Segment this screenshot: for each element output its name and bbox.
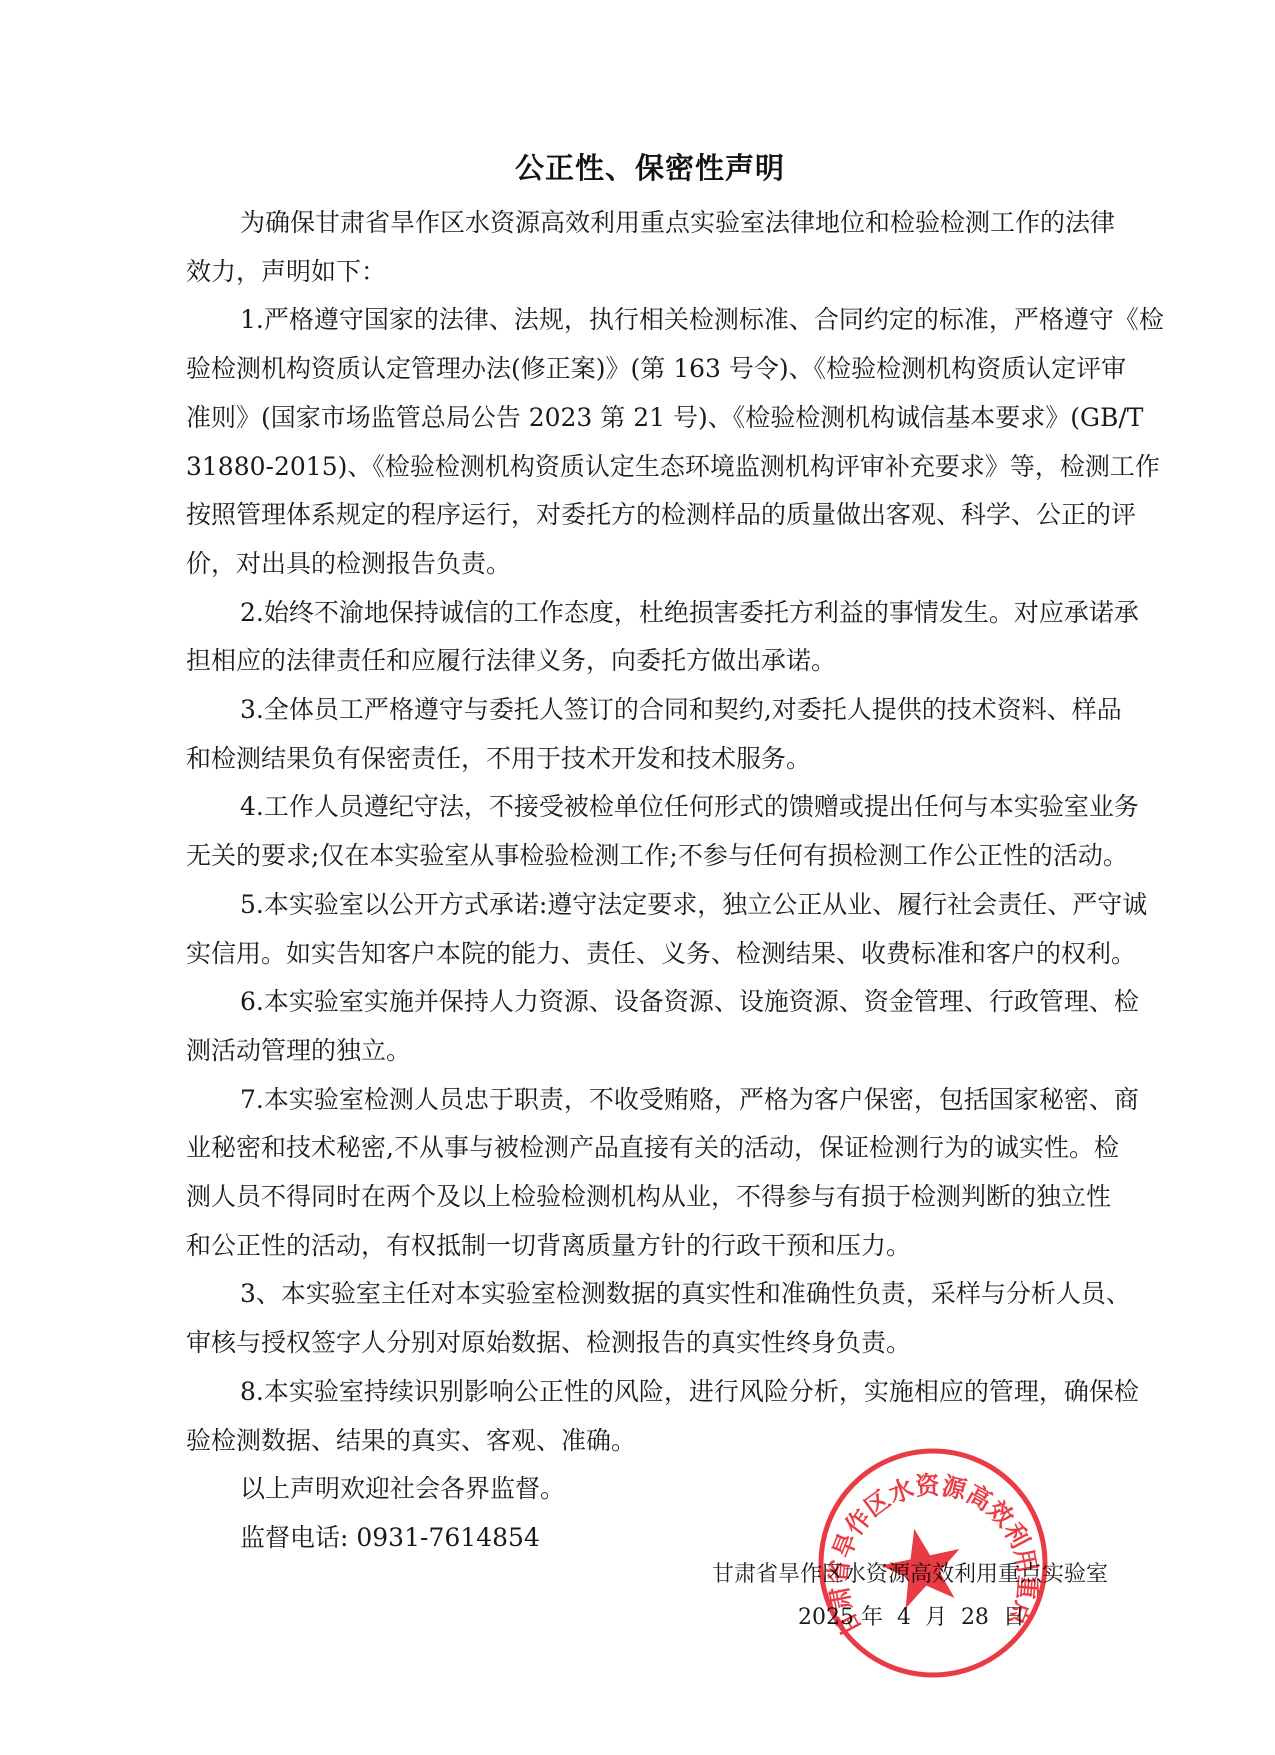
- star-icon: [875, 1521, 969, 1612]
- document-page: 公正性、保密性声明 为确保甘肃省旱作区水资源高效利用重点实验室法律地位和检验检测…: [0, 0, 1275, 1755]
- official-seal-stamp: 甘肃省旱作区水资源高效利用重点实验室: [815, 1445, 1051, 1681]
- statement-line: 4.工作人员遵纪守法，不接受被检单位任何形式的馈赠或提出任何与本实验室业务: [240, 790, 1110, 824]
- statement-line: 1.严格遵守国家的法律、法规，执行相关检测标准、合同约定的标准，严格遵守《检: [240, 303, 1110, 337]
- statement-line: 和公正性的活动，有权抵制一切背离质量方针的行政干预和压力。: [186, 1229, 1110, 1263]
- statement-line: 按照管理体系规定的程序运行，对委托方的检测样品的质量做出客观、科学、公正的评: [186, 498, 1110, 532]
- statement-line: 验检测机构资质认定管理办法(修正案)》(第 163 号令)、《检验检测机构资质认…: [186, 352, 1110, 386]
- statement-line: 测活动管理的独立。: [186, 1034, 1110, 1068]
- statement-line: 审核与授权签字人分别对原始数据、检测报告的真实性终身负责。: [186, 1326, 1110, 1360]
- statement-line: 和检测结果负有保密责任，不用于技术开发和技术服务。: [186, 742, 1110, 776]
- statement-line: 6.本实验室实施并保持人力资源、设备资源、设施资源、资金管理、行政管理、检: [240, 985, 1110, 1019]
- statement-line: 担相应的法律责任和应履行法律义务，向委托方做出承诺。: [186, 644, 1110, 678]
- statement-line: 7.本实验室检测人员忠于职责，不收受贿赂，严格为客户保密，包括国家秘密、商: [240, 1083, 1110, 1117]
- page-title: 公正性、保密性声明: [0, 150, 1275, 186]
- statement-line: 测人员不得同时在两个及以上检验检测机构从业，不得参与有损于检测判断的独立性: [186, 1180, 1110, 1214]
- statement-line: 8.本实验室持续识别影响公正性的风险，进行风险分析，实施相应的管理，确保检: [240, 1375, 1110, 1409]
- statement-line: 为确保甘肃省旱作区水资源高效利用重点实验室法律地位和检验检测工作的法律: [240, 206, 1110, 240]
- statement-line: 3、本实验室主任对本实验室检测数据的真实性和准确性负责，采样与分析人员、: [240, 1277, 1110, 1311]
- statement-line: 准则》(国家市场监管总局公告 2023 第 21 号)、《检验检测机构诚信基本要…: [186, 401, 1110, 435]
- statement-line: 3.全体员工严格遵守与委托人签订的合同和契约,对委托人提供的技术资料、样品: [240, 693, 1110, 727]
- statement-line: 效力，声明如下：: [186, 255, 1110, 289]
- stamp-text: 甘肃省旱作区水资源高效利用重点实验室: [815, 1445, 1043, 1641]
- statement-line: 业秘密和技术秘密,不从事与被检测产品直接有关的活动，保证检测行为的诚实性。检: [186, 1131, 1110, 1165]
- statement-line: 5.本实验室以公开方式承诺:遵守法定要求，独立公正从业、履行社会责任、严守诚: [240, 888, 1110, 922]
- statement-line: 31880-2015)、《检验检测机构资质认定生态环境监测机构评审补充要求》等，…: [186, 450, 1110, 484]
- svg-text:甘肃省旱作区水资源高效利用重点实验室: 甘肃省旱作区水资源高效利用重点实验室: [815, 1445, 1043, 1641]
- statement-line: 无关的要求;仅在本实验室从事检验检测工作;不参与任何有损检测工作公正性的活动。: [186, 839, 1110, 873]
- statement-line: 实信用。如实告知客户本院的能力、责任、义务、检测结果、收费标准和客户的权利。: [186, 937, 1110, 971]
- statement-line: 价，对出具的检测报告负责。: [186, 547, 1110, 581]
- statement-line: 2.始终不渝地保持诚信的工作态度，杜绝损害委托方利益的事情发生。对应承诺承: [240, 596, 1110, 630]
